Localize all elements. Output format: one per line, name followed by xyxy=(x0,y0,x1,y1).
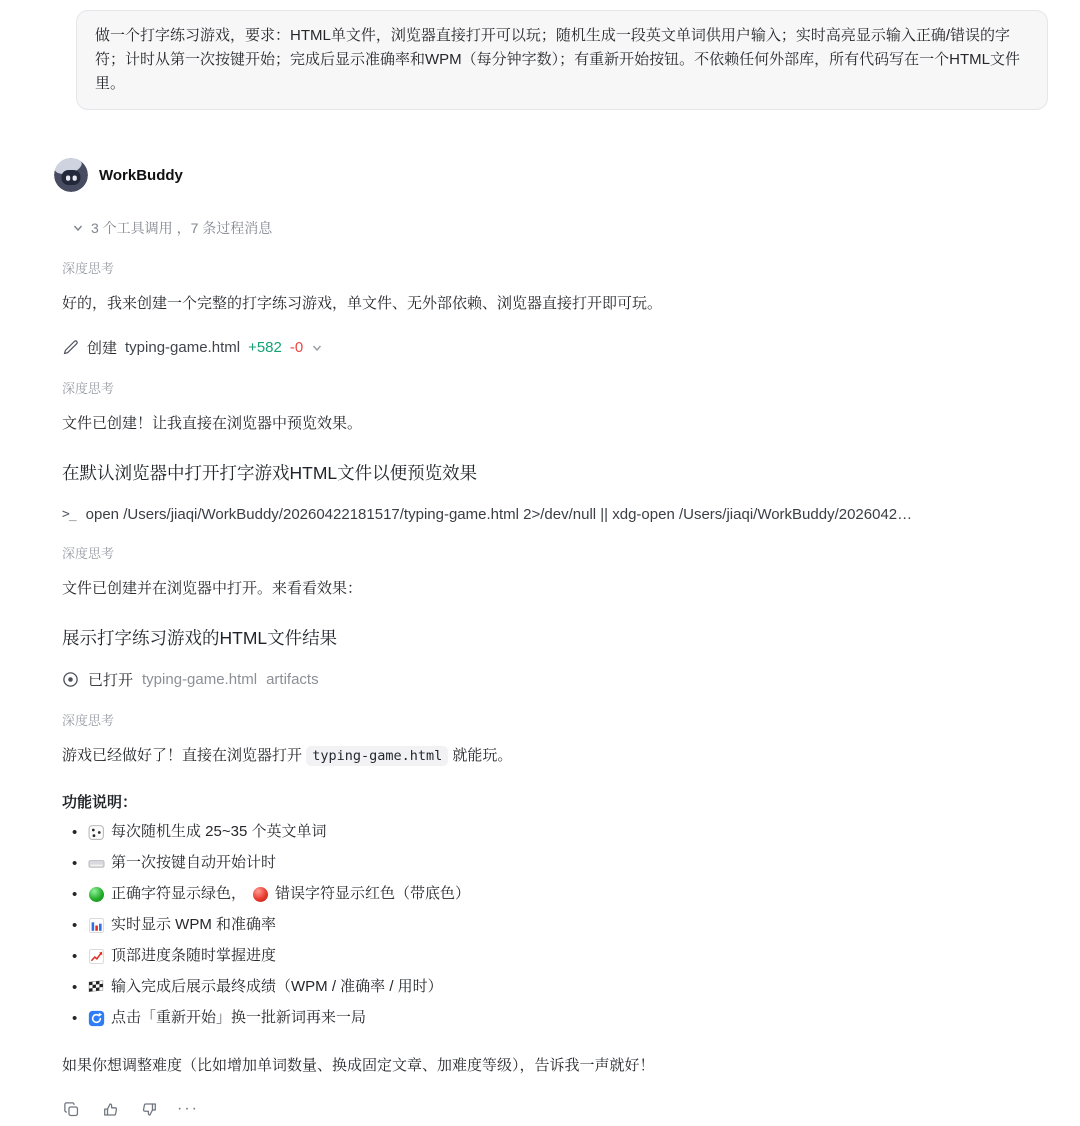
opened-artifacts-tag[interactable]: artifacts xyxy=(266,671,319,688)
red-circle-emoji-icon xyxy=(252,886,269,903)
message-actions: ··· xyxy=(62,1100,1040,1118)
result-intro-suffix: 就能玩。 xyxy=(452,747,512,764)
thumbs-up-button[interactable] xyxy=(101,1100,119,1118)
file-action-verb: 创建 xyxy=(87,337,117,358)
eye-icon xyxy=(62,671,79,688)
dice-emoji-icon xyxy=(88,824,105,841)
thinking-label: 深度思考 xyxy=(62,710,1040,729)
agent-name: WorkBuddy xyxy=(99,167,183,184)
bar-chart-emoji-icon xyxy=(88,917,105,934)
checkered-flag-emoji-icon xyxy=(88,979,105,996)
feature-text: 点击「重新开始」换一批新词再来一局 xyxy=(111,1007,366,1029)
diff-additions: +582 xyxy=(248,339,282,356)
copy-button[interactable] xyxy=(62,1100,80,1118)
assistant-paragraph: 文件已创建并在浏览器中打开。来看看效果： xyxy=(62,578,1040,600)
feature-text: 顶部进度条随时掌握进度 xyxy=(111,945,276,967)
action-heading: 展示打字练习游戏的HTML文件结果 xyxy=(62,625,1040,650)
assistant-paragraph: 好的，我来创建一个完整的打字练习游戏，单文件、无外部依赖、浏览器直接打开即可玩。 xyxy=(62,293,1040,315)
chevron-down-icon xyxy=(311,342,323,354)
diff-deletions: -0 xyxy=(290,339,303,356)
thinking-label: 深度思考 xyxy=(62,378,1040,397)
thinking-label: 深度思考 xyxy=(62,543,1040,562)
feature-text: 实时显示 WPM 和准确率 xyxy=(111,914,276,936)
file-action-filename: typing-game.html xyxy=(125,339,240,356)
opened-filename[interactable]: typing-game.html xyxy=(142,671,257,688)
refresh-emoji-icon xyxy=(88,1010,105,1027)
list-item: 顶部进度条随时掌握进度 xyxy=(62,945,1040,967)
closing-paragraph: 如果你想调整难度（比如增加单词数量、换成固定文章、加难度等级），告诉我一声就好！ xyxy=(62,1055,1040,1077)
list-item: 正确字符显示绿色， 错误字符显示红色（带底色） xyxy=(62,883,1040,905)
feature-text: 每次随机生成 25~35 个英文单词 xyxy=(111,821,326,843)
workbuddy-avatar xyxy=(54,158,88,192)
pencil-icon xyxy=(62,339,79,356)
feature-text: 输入完成后展示最终成绩（WPM / 准确率 / 用时） xyxy=(111,976,443,998)
list-item: 点击「重新开始」换一批新词再来一局 xyxy=(62,1007,1040,1029)
terminal-prompt-icon: >_ xyxy=(62,507,76,522)
process-summary-text: 3 个工具调用 ，7 条过程消息 xyxy=(91,218,272,238)
opened-file-row[interactable]: 已打开 typing-game.html artifacts xyxy=(62,669,1040,690)
chevron-down-icon xyxy=(72,222,84,234)
user-message-bubble: 做一个打字练习游戏，要求：HTML单文件，浏览器直接打开可以玩；随机生成一段英文… xyxy=(76,10,1048,110)
list-item: 输入完成后展示最终成绩（WPM / 准确率 / 用时） xyxy=(62,976,1040,998)
list-item: 第一次按键自动开始计时 xyxy=(62,852,1040,874)
terminal-command-text: open /Users/jiaqi/WorkBuddy/202604221815… xyxy=(86,506,912,523)
inline-code-filename: typing-game.html xyxy=(306,746,448,766)
list-item: 实时显示 WPM 和准确率 xyxy=(62,914,1040,936)
user-message-text: 做一个打字练习游戏，要求：HTML单文件，浏览器直接打开可以玩；随机生成一段英文… xyxy=(95,27,1020,92)
more-actions-button[interactable]: ··· xyxy=(179,1100,197,1118)
feature-text: 错误字符显示红色（带底色） xyxy=(275,883,470,905)
result-intro-prefix: 游戏已经做好了！直接在浏览器打开 xyxy=(62,747,302,764)
features-title: 功能说明： xyxy=(62,791,1040,812)
action-heading: 在默认浏览器中打开打字游戏HTML文件以便预览效果 xyxy=(62,460,1040,485)
chart-increasing-emoji-icon xyxy=(88,948,105,965)
keyboard-emoji-icon xyxy=(88,855,105,872)
feature-text: 第一次按键自动开始计时 xyxy=(111,852,276,874)
opened-verb: 已打开 xyxy=(88,669,133,690)
assistant-header: WorkBuddy xyxy=(54,158,1040,192)
file-create-row[interactable]: 创建 typing-game.html +582 -0 xyxy=(62,337,1040,358)
features-list: 每次随机生成 25~35 个英文单词 第一次按键自动开始计时 正确字符显示绿色，… xyxy=(62,821,1040,1029)
thinking-label: 深度思考 xyxy=(62,258,1040,277)
feature-text: 正确字符显示绿色， xyxy=(111,883,246,905)
terminal-command-row[interactable]: >_ open /Users/jiaqi/WorkBuddy/202604221… xyxy=(62,506,1040,523)
thumbs-down-button[interactable] xyxy=(140,1100,158,1118)
list-item: 每次随机生成 25~35 个英文单词 xyxy=(62,821,1040,843)
green-circle-emoji-icon xyxy=(88,886,105,903)
assistant-paragraph: 文件已创建！让我直接在浏览器中预览效果。 xyxy=(62,413,1040,435)
process-summary-toggle[interactable]: 3 个工具调用 ，7 条过程消息 xyxy=(72,218,1040,238)
result-intro: 游戏已经做好了！直接在浏览器打开 typing-game.html 就能玩。 xyxy=(62,745,1040,767)
assistant-message: WorkBuddy 3 个工具调用 ，7 条过程消息 深度思考 好的，我来创建一… xyxy=(62,158,1040,1118)
